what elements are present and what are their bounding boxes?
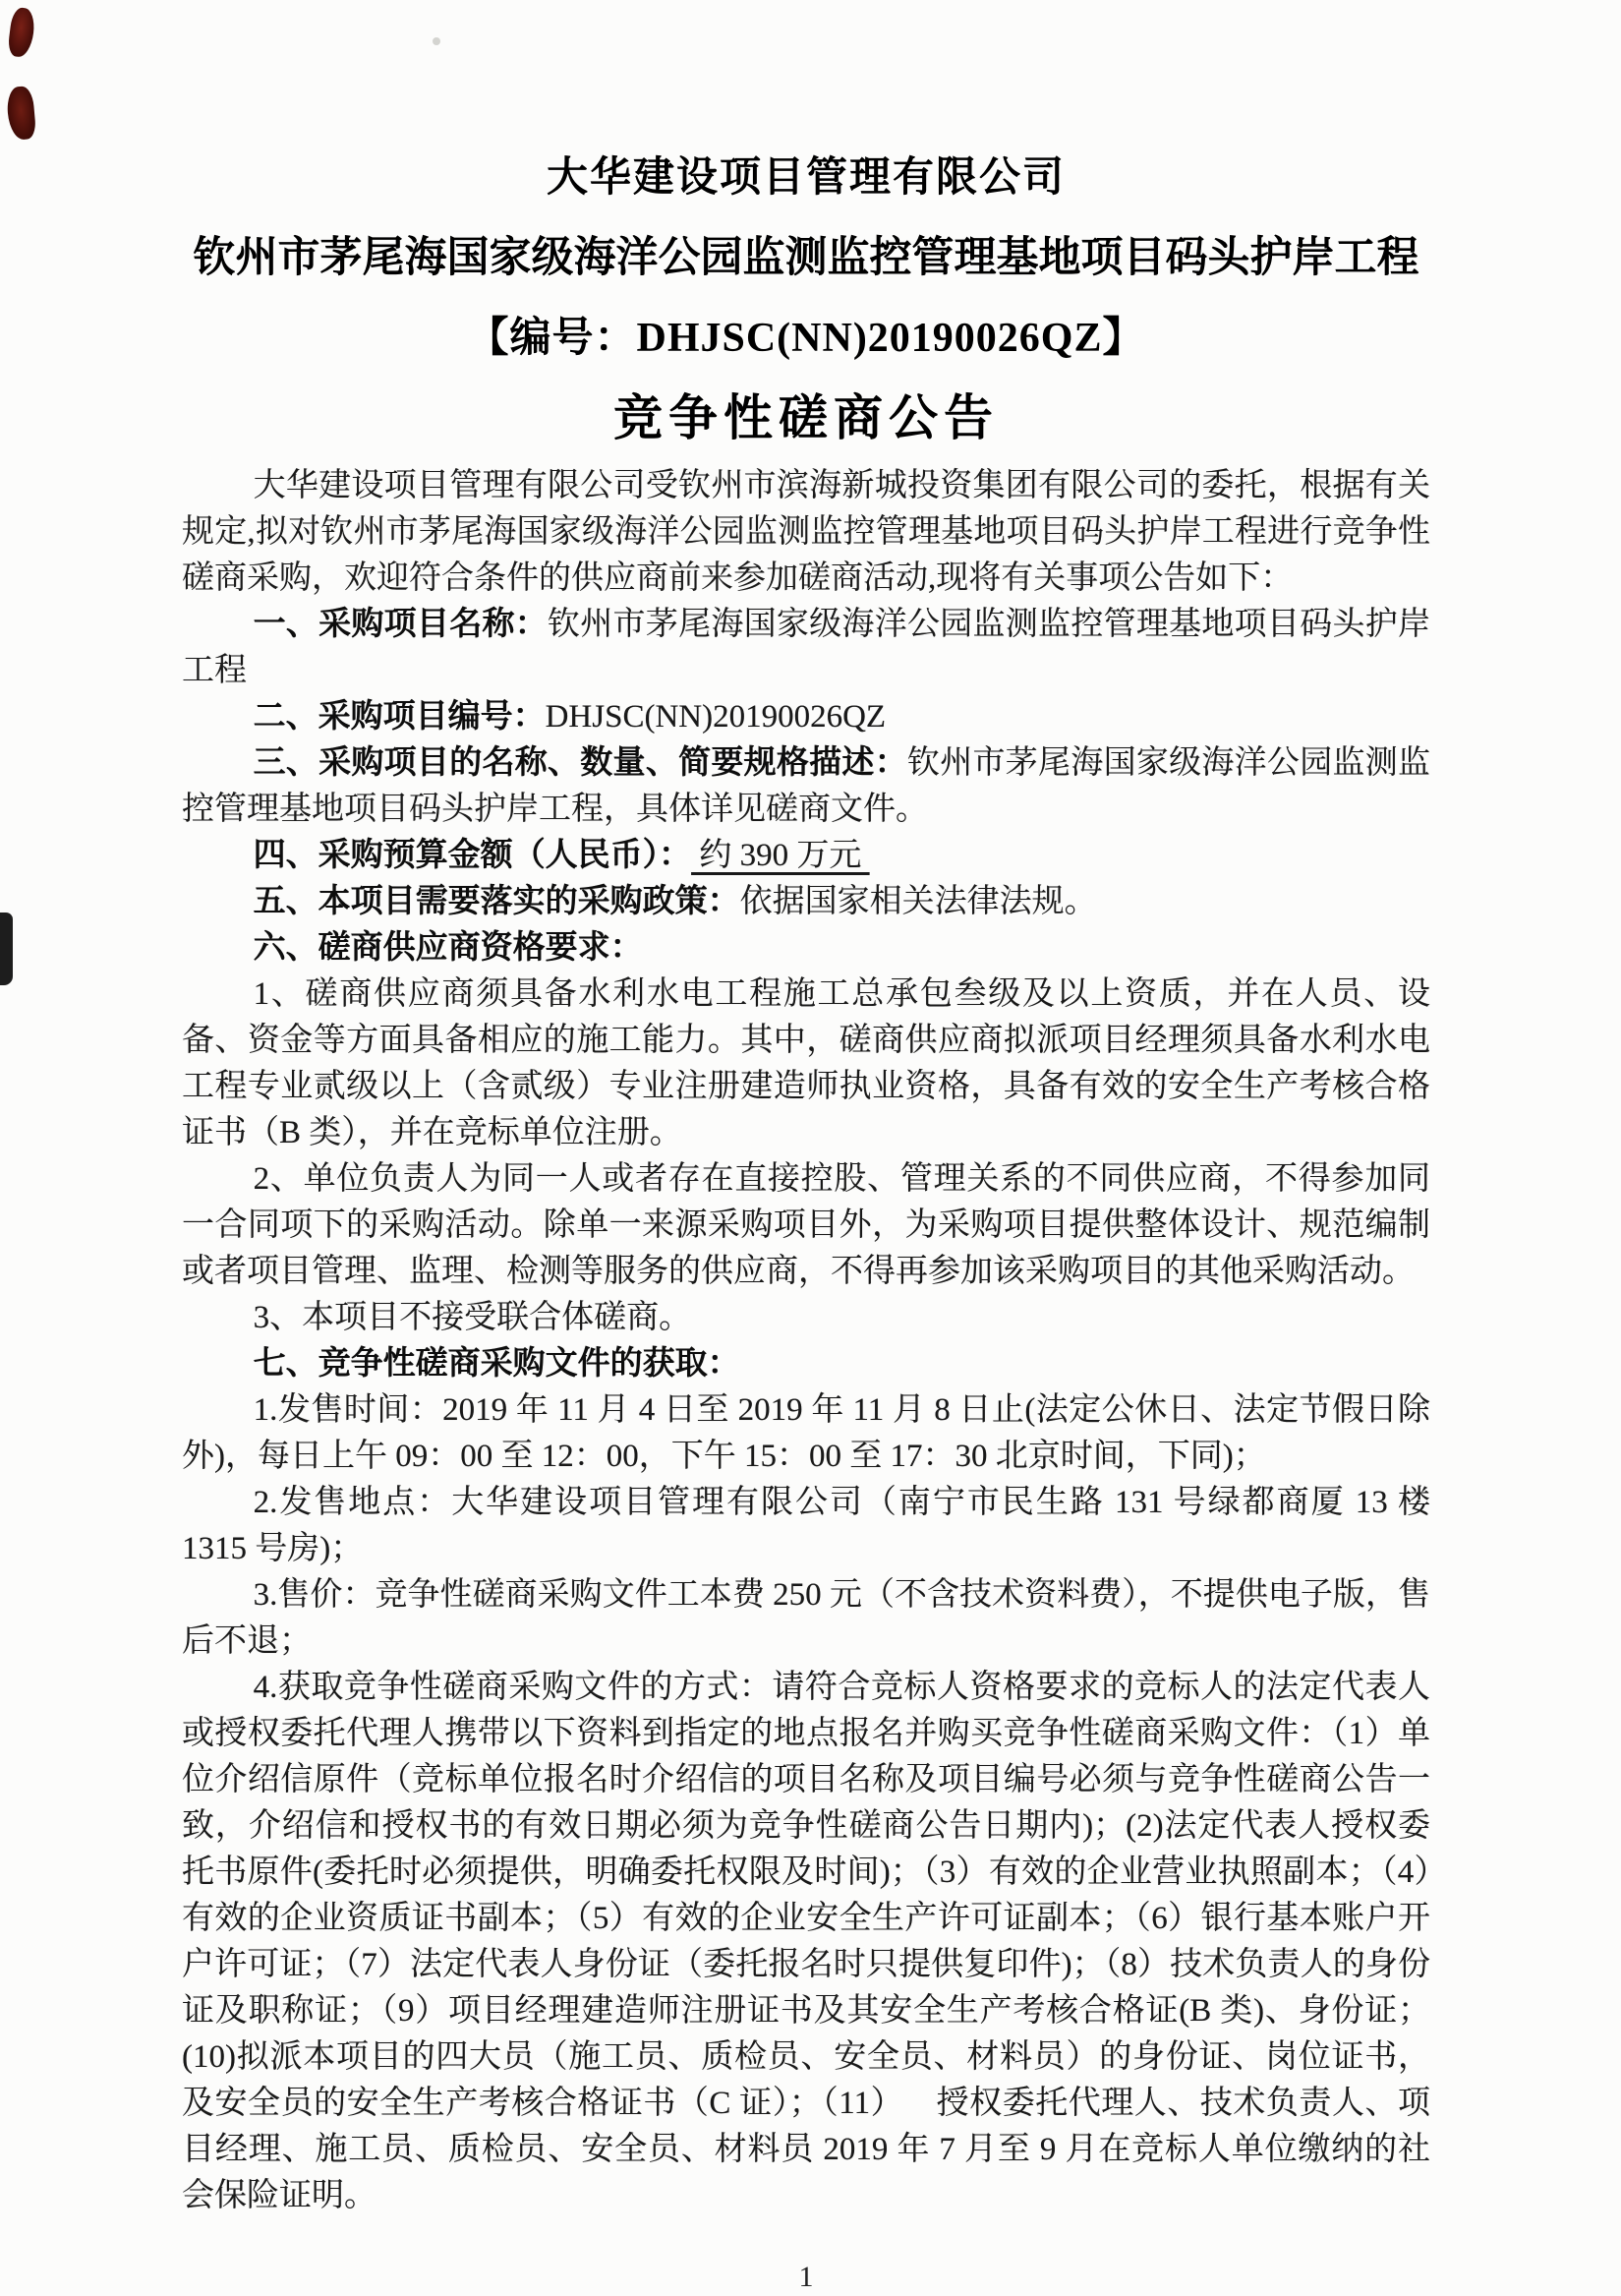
item-7-3-text: 3.售价：竞争性磋商采购文件工本费 250 元（不含技术资料费），不提供电子版，… [182, 1577, 1430, 1659]
sec-7-document-obtain-heading: 七、竞争性磋商采购文件的获取： [182, 1341, 1430, 1387]
item-7-3: 3.售价：竞争性磋商采购文件工本费 250 元（不含技术资料费），不提供电子版，… [182, 1572, 1430, 1665]
item-6-2-text: 2、单位负责人为同一人或者存在直接控股、管理关系的不同供应商，不得参加同一合同项… [182, 1161, 1430, 1289]
title-project: 钦州市茅尾海国家级海洋公园监测监控管理基地项目码头护岸工程 [182, 231, 1430, 286]
item-6-1-text: 1、磋商供应商须具备水利水电工程施工总承包叁级及以上资质，并在人员、设备、资金等… [182, 976, 1430, 1150]
sec-4-budget: 四、采购预算金额（人民币）： 约 390 万元 [182, 833, 1430, 879]
item-6-3-text: 3、本项目不接受联合体磋商。 [254, 1300, 692, 1335]
item-7-1-text: 1.发售时间：2019 年 11 月 4 日至 2019 年 11 月 8 日止… [182, 1392, 1430, 1474]
sec-2-label: 二、采购项目编号： [254, 699, 546, 735]
page-number: 1 [182, 2261, 1430, 2294]
sec-2-project-number: 二、采购项目编号：DHJSC(NN)20190026QZ [182, 694, 1430, 740]
para-intro: 大华建设项目管理有限公司受钦州市滨海新城投资集团有限公司的委托，根据有关规定,拟… [182, 463, 1430, 602]
title-doc-number: 【编号：DHJSC(NN)20190026QZ】 [182, 312, 1430, 365]
sec-6-label: 六、磋商供应商资格要求： [254, 930, 643, 966]
sec-6-qualification-heading: 六、磋商供应商资格要求： [182, 925, 1430, 971]
scan-stain-top-left-lower [6, 86, 37, 141]
item-6-2: 2、单位负责人为同一人或者存在直接控股、管理关系的不同供应商，不得参加同一合同项… [182, 1156, 1430, 1295]
sec-5-policy: 五、本项目需要落实的采购政策：依据国家相关法律法规。 [182, 879, 1430, 925]
document-body: 大华建设项目管理有限公司受钦州市滨海新城投资集团有限公司的委托，根据有关规定,拟… [182, 463, 1430, 2219]
item-7-4-text: 4.获取竞争性磋商采购文件的方式：请符合竞标人资格要求的竞标人的法定代表人或授权… [182, 1670, 1430, 2213]
sec-5-label: 五、本项目需要落实的采购政策： [254, 884, 740, 919]
sec-4-budget-value: 约 390 万元 [691, 838, 870, 873]
sec-1-label: 一、采购项目名称： [254, 607, 548, 642]
item-7-1: 1.发售时间：2019 年 11 月 4 日至 2019 年 11 月 8 日止… [182, 1387, 1430, 1480]
item-7-2-text: 2.发售地点：大华建设项目管理有限公司（南宁市民生路 131 号绿都商厦 13 … [182, 1485, 1430, 1566]
item-6-1: 1、磋商供应商须具备水利水电工程施工总承包叁级及以上资质，并在人员、设备、资金等… [182, 971, 1430, 1156]
item-7-4: 4.获取竞争性磋商采购文件的方式：请符合竞标人资格要求的竞标人的法定代表人或授权… [182, 1665, 1430, 2219]
scan-stain-top-left-upper [7, 7, 36, 59]
item-6-3: 3、本项目不接受联合体磋商。 [182, 1295, 1430, 1341]
title-notice: 竞争性磋商公告 [182, 388, 1430, 447]
scan-mark-left-edge [0, 913, 13, 985]
sec-2-text: DHJSC(NN)20190026QZ [546, 699, 887, 735]
sec-7-label: 七、竞争性磋商采购文件的获取： [254, 1346, 740, 1382]
sec-1-project-name: 一、采购项目名称：钦州市茅尾海国家级海洋公园监测监控管理基地项目码头护岸工程 [182, 602, 1430, 694]
document-page: 大华建设项目管理有限公司 钦州市茅尾海国家级海洋公园监测监控管理基地项目码头护岸… [0, 0, 1621, 2296]
sec-3-label: 三、采购项目的名称、数量、简要规格描述： [254, 745, 907, 781]
sec-4-label: 四、采购预算金额（人民币）： [254, 838, 692, 873]
title-company: 大华建设项目管理有限公司 [182, 152, 1430, 204]
item-7-2: 2.发售地点：大华建设项目管理有限公司（南宁市民生路 131 号绿都商厦 13 … [182, 1480, 1430, 1572]
para-intro-text: 大华建设项目管理有限公司受钦州市滨海新城投资集团有限公司的委托，根据有关规定,拟… [182, 468, 1430, 596]
title-block: 大华建设项目管理有限公司 钦州市茅尾海国家级海洋公园监测监控管理基地项目码头护岸… [182, 0, 1430, 447]
sec-3-description: 三、采购项目的名称、数量、简要规格描述：钦州市茅尾海国家级海洋公园监测监控管理基… [182, 740, 1430, 833]
sec-5-text: 依据国家相关法律法规。 [740, 884, 1097, 919]
document-content: 大华建设项目管理有限公司 钦州市茅尾海国家级海洋公园监测监控管理基地项目码头护岸… [182, 0, 1430, 2294]
